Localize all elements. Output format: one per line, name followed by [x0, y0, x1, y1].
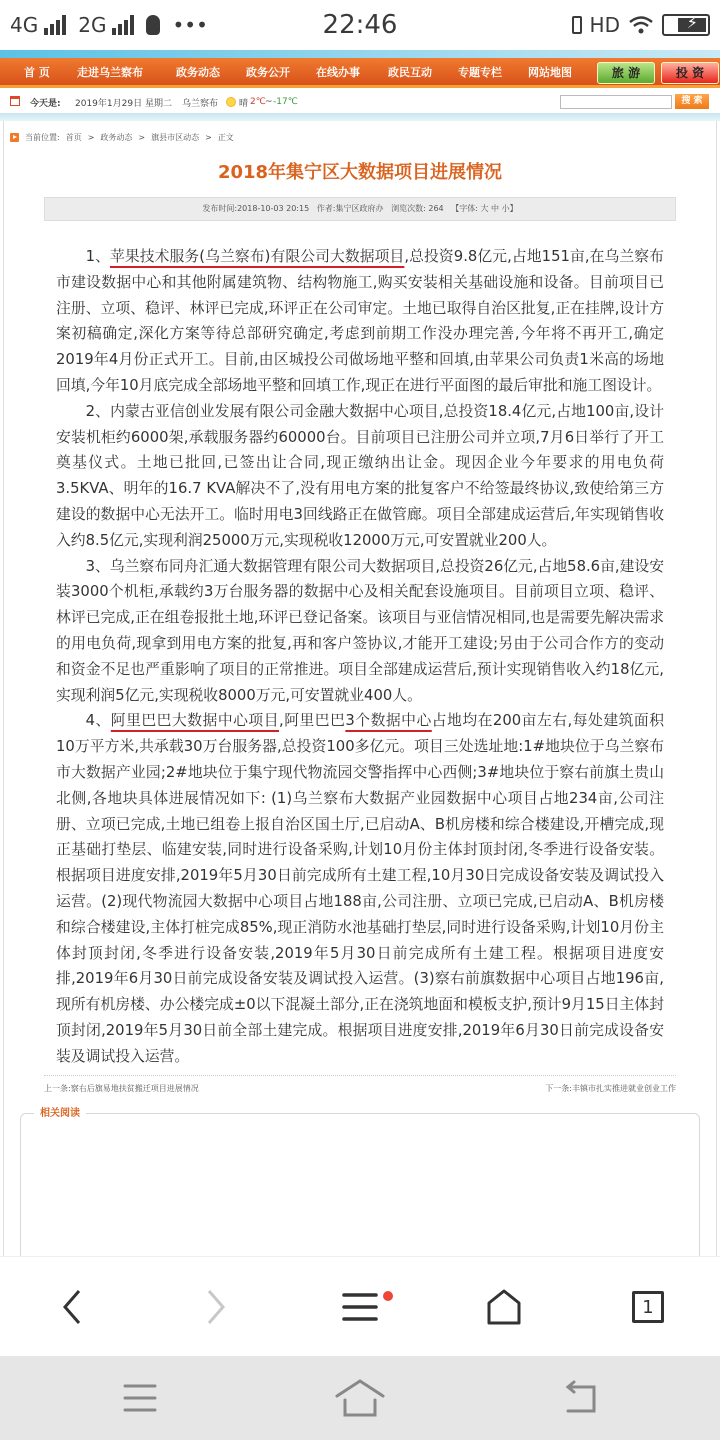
hd-label: HD [590, 13, 620, 37]
breadcrumb-news[interactable]: 政务动态 [100, 132, 132, 143]
system-back-button[interactable] [550, 1356, 610, 1440]
paragraph-2: 2、内蒙古亚信创业发展有限公司金融大数据中心项目,总投资18.4亿元,占地100… [56, 399, 664, 554]
menu-icon [342, 1291, 378, 1323]
network-2g-label: 2G [78, 13, 106, 37]
invest-button[interactable]: 投 资 [661, 62, 719, 84]
home-icon [487, 1289, 521, 1325]
today-date: 2019年1月29日 星期二 [75, 96, 172, 109]
header-bottom-strip [0, 113, 720, 121]
article-title: 2018年集宁区大数据项目进展情况 [0, 158, 720, 184]
signal-icon [112, 15, 134, 35]
nav-item-public[interactable]: 政务公开 [246, 64, 290, 80]
menu-button[interactable] [330, 1257, 390, 1357]
related-reading-box [20, 1113, 700, 1273]
city-name: 乌兰察布 [182, 96, 218, 109]
tabs-button[interactable]: 1 [618, 1257, 678, 1357]
today-label: 今天是: [30, 96, 61, 109]
menu-icon [123, 1383, 157, 1413]
breadcrumb-separator: > [205, 133, 212, 142]
network-4g-label: 4G [10, 13, 38, 37]
recent-apps-button[interactable] [110, 1356, 170, 1440]
paragraph-4: 4、阿里巴巴大数据中心项目,阿里巴巴3个数据中心占地均在200亩左右,每处建筑面… [56, 708, 664, 1069]
sun-icon [226, 97, 236, 107]
wifi-icon [628, 15, 654, 35]
search-input[interactable] [560, 95, 672, 109]
back-arrow-icon [562, 1380, 598, 1416]
system-nav-bar [0, 1356, 720, 1440]
date-bar: 今天是: 2019年1月29日 星期二 乌兰察布 晴 2℃ ~ -17℃ 搜 索 [0, 91, 720, 113]
nav-item-news[interactable]: 政务动态 [176, 64, 220, 80]
browser-toolbar: 1 [0, 1256, 720, 1356]
chevron-left-icon [62, 1289, 82, 1325]
calendar-icon [10, 96, 20, 106]
nav-item-topics[interactable]: 专题专栏 [458, 64, 502, 80]
tab-count: 1 [632, 1291, 664, 1323]
article-meta: 发布时间:2018-10-03 20:15 作者:集宁区政府办 浏览次数: 26… [44, 197, 676, 221]
forward-button[interactable] [186, 1257, 246, 1357]
more-notifications-icon: ••• [172, 13, 207, 37]
notification-dot [383, 1291, 393, 1301]
system-home-button[interactable] [330, 1356, 390, 1440]
temp-high: 2℃ [250, 97, 266, 107]
highlighted-text: 阿里巴巴大数据中心项目 [111, 712, 279, 729]
nav-item-home[interactable]: 首 页 [24, 64, 50, 80]
breadcrumb-county-news[interactable]: 旗县市区动态 [151, 132, 199, 143]
article-body: 1、苹果技术服务(乌兰察布)有限公司大数据项目,总投资9.8亿元,占地151亩,… [56, 244, 664, 1070]
breadcrumb-separator: > [88, 133, 95, 142]
breadcrumb-separator: > [138, 133, 145, 142]
header-strip [0, 50, 720, 58]
breadcrumb-home[interactable]: 首页 [66, 132, 82, 143]
related-reading-title: 相关阅读 [34, 1104, 86, 1119]
search-button[interactable]: 搜 索 [675, 94, 709, 109]
nav-item-services[interactable]: 在线办事 [316, 64, 360, 80]
breadcrumb-label: 当前位置: [25, 132, 60, 143]
home-button[interactable] [474, 1257, 534, 1357]
paragraph-1: 1、苹果技术服务(乌兰察布)有限公司大数据项目,总投资9.8亿元,占地151亩,… [56, 244, 664, 399]
main-nav: 首 页 走进乌兰察布 政务动态 政务公开 在线办事 政民互动 专题专栏 网站地图… [0, 58, 720, 88]
prev-article-link[interactable]: 上一条:察右后旗易地扶贫搬迁项目进展情况 [44, 1083, 199, 1094]
arrow-icon [10, 133, 19, 142]
next-article-link[interactable]: 下一条:丰镇市扎实推进就业创业工作 [545, 1083, 676, 1094]
back-button[interactable] [42, 1257, 102, 1357]
highlighted-text: 3个数据中心 [345, 712, 431, 729]
chevron-right-icon [206, 1289, 226, 1325]
divider [44, 1075, 676, 1076]
breadcrumb: 当前位置: 首页 > 政务动态 > 旗县市区动态 > 正文 [10, 132, 234, 143]
battery-icon: ⚡ [662, 14, 710, 36]
qq-penguin-icon [146, 15, 160, 35]
paragraph-3: 3、乌兰察布同舟汇通大数据管理有限公司大数据项目,总投资26亿元,占地58.6亩… [56, 554, 664, 709]
nav-item-sitemap[interactable]: 网站地图 [528, 64, 572, 80]
vibrate-icon [572, 16, 582, 34]
travel-button[interactable]: 旅 游 [597, 62, 655, 84]
home-icon [335, 1378, 385, 1418]
breadcrumb-current: 正文 [218, 132, 234, 143]
highlighted-text: 苹果技术服务(乌兰察布)有限公司大数据项目 [110, 248, 404, 265]
nav-item-about[interactable]: 走进乌兰察布 [77, 64, 143, 80]
status-bar: 4G 2G ••• 22:46 HD ⚡ [0, 0, 720, 50]
weather-text: 晴 [239, 96, 248, 109]
temp-low: -17℃ [273, 97, 298, 107]
nav-item-interaction[interactable]: 政民互动 [388, 64, 432, 80]
temp-sep: ~ [265, 97, 273, 107]
signal-icon [44, 15, 66, 35]
